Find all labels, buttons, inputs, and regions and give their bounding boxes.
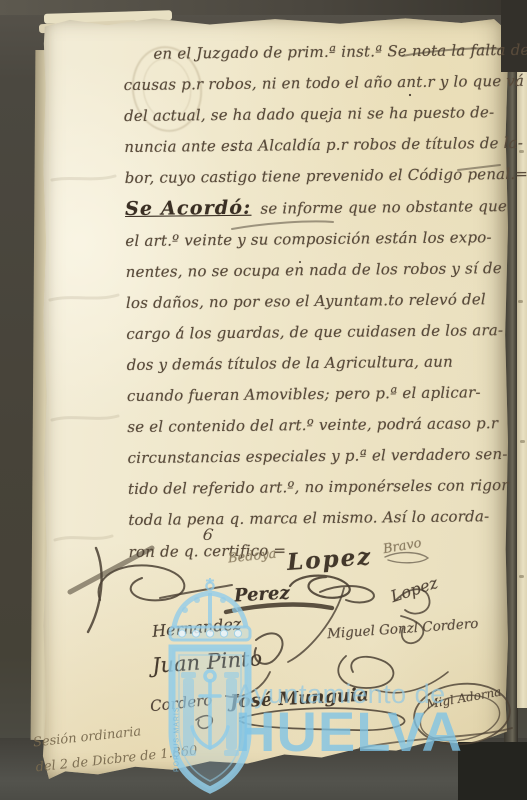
acuerdo-heading: Se Acordó: (125, 197, 252, 220)
scanner-bed-corner (458, 742, 527, 800)
acuerdo-rest: se informe que no obstante que (260, 197, 507, 218)
text-line: del actual, se ha dado queja ni se ha pu… (124, 97, 508, 132)
text-line: en el Juzgado de prim.ª inst.ª Se nota l… (123, 35, 507, 70)
adjacent-page-ink-mark (518, 300, 523, 303)
adjacent-page-ink-mark (519, 575, 524, 578)
text-line: causas p.r robos, ni en todo el año ant.… (124, 66, 508, 101)
scanned-manuscript-page: en el Juzgado de prim.ª inst.ª Se nota l… (0, 0, 527, 800)
adjacent-page-sliver (517, 26, 527, 708)
text-line: el art.º veinte y su composición están l… (125, 222, 509, 257)
text-line: tido del referido art.º, no imponérseles… (128, 470, 512, 505)
text-line: nuncia ante esta Alcaldía p.r robos de t… (124, 128, 508, 163)
text-line: cuando fueran Amovibles; pero p.ª el apl… (127, 377, 511, 412)
adjacent-page-ink-mark (520, 440, 525, 443)
manuscript-text: en el Juzgado de prim.ª inst.ª Se nota l… (123, 35, 513, 568)
text-line: los daños, no por eso el Ayuntam.to rele… (126, 284, 510, 319)
text-line: nentes, no se ocupa en nada de los robos… (126, 253, 510, 288)
text-line: circunstancias especiales y p.ª el verda… (127, 439, 511, 474)
text-line: cargo á los guardas, de que cuidasen de … (126, 315, 510, 350)
text-line-acuerdo: Se Acordó:se informe que no obstante que (125, 190, 509, 225)
text-line: bor, cuyo castigo tiene prevenido el Cód… (125, 159, 509, 194)
text-line: se el contenido del art.º veinte, podrá … (127, 408, 511, 443)
text-line: toda la pena q. marca el mismo. Así lo a… (128, 501, 512, 536)
text-line: dos y demás títulos de la Agricultura, a… (126, 346, 510, 381)
signature-perez: Perez (233, 583, 290, 607)
